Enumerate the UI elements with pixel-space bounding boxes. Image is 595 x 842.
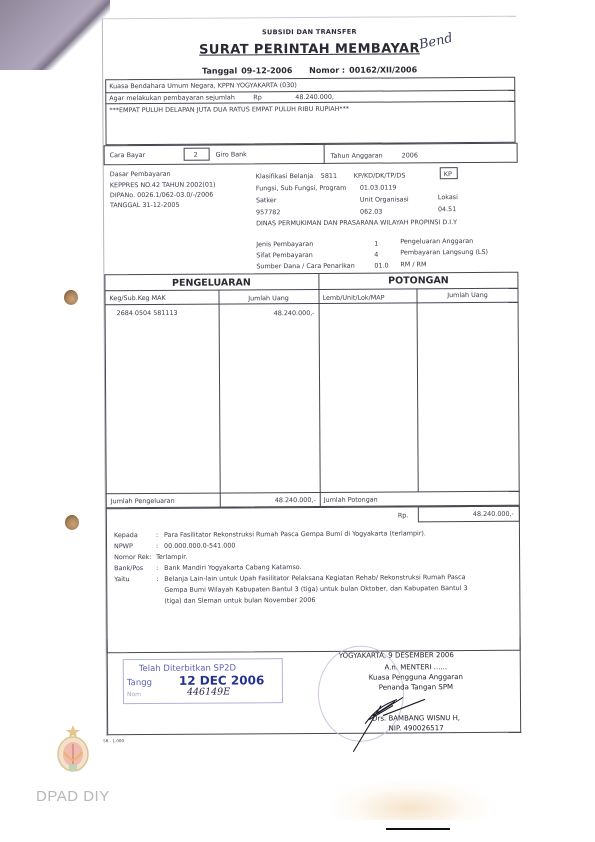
potongan-title: POTONGAN [318,275,518,287]
signature-line-2: Kuasa Pengguna Anggaran [339,673,493,682]
satker-label: Satker [256,196,277,204]
scan-corner-shadow [0,0,110,70]
lokasi-label: Lokasi [438,193,458,201]
expenditure-table [104,272,519,509]
number-label: Nomor : [309,66,345,75]
watermark-text: DPAD DIY [36,788,110,805]
fungsi-label: Fungsi, Sub Fungsi, Program [256,184,347,193]
punch-hole [65,515,79,530]
divider [324,144,325,164]
basis-label: Dasar Pembayaran [110,170,171,178]
bank-label: Bank/Pos [114,564,143,572]
currency-label: Rp [253,93,262,101]
document-title: SURAT PERINTAH MEMBAYAR [103,41,516,59]
sifat-desc: Pembayaran Langsung (LS) [400,248,488,257]
col-header-keg-mak: Keg/Sub.Keg MAK [109,294,165,302]
kp-value: KP [444,170,452,178]
jenis-desc: Pengeluaran Anggaran [400,237,473,245]
npwp-label: NPWP [114,542,133,550]
col-header-lemb-unit: Lemb/Unit/Lok/MAP [322,294,384,302]
belanja-value: 5811 [321,172,337,180]
col-header-jumlah-potongan: Jumlah Uang [416,291,518,300]
signature-place-date: YOGYAKARTA, 9 DESEMBER 2006 [339,651,454,660]
kp-label: KP/KD/DK/TP/DS [354,171,406,179]
kepada-label: Kepada [114,531,138,539]
paper-stain [330,780,490,820]
payment-method-row [104,143,518,166]
payment-amount: 48.240.000, [295,93,334,101]
lokasi-value: 04.51 [438,205,456,213]
document-date-number: Tanggal09-12-2006 Nomor :00162/XII/2006 [103,65,516,77]
header-subtitle: SUBSIDI DAN TRANSFER [103,27,516,38]
signature-line-1: A.n. MENTERI ...... [339,663,493,672]
fungsi-value: 01.03.0119 [360,183,397,191]
total-potongan-label: Jumlah Potongan [324,496,378,504]
satker-value: 957782 [256,208,280,216]
footer-code: 5R - 1.000 [103,738,124,743]
payment-instruction-label: Agar melakukan pembayaran sejumlah [109,93,235,102]
payment-method-code: 2 [194,151,198,159]
yaitu-line-3: (tiga) dan Sleman untuk bulan November 2… [164,596,315,605]
pengeluaran-title: PENGELUARAN [104,277,318,289]
basis-line-2: DIPANo. 0026.1/062-03.0/-/2006 [110,191,213,200]
agency-name: DINAS PERMUKIMAN DAN PRASARANA WILAYAH P… [256,218,457,227]
fiscal-year-label: Tahun Anggaran [331,152,383,160]
number-value: 00162/XII/2006 [349,65,417,74]
stamp-handwritten-number: 446149E [187,687,230,698]
spm-document: SUBSIDI DAN TRANSFER SURAT PERINTAH MEMB… [102,16,520,737]
basis-line-3: TANGGAL 31-12-2005 [110,201,180,209]
date-value: 09-12-2006 [241,66,292,75]
kepada-value: Para Fasilitator Rekonstruksi Rumah Pasc… [164,529,426,539]
fiscal-year-value: 2006 [402,151,418,159]
total-pengeluaran-value: 48.240.000,- [220,496,316,505]
sifat-code: 4 [374,251,378,259]
amount-in-words: ***EMPAT PULUH DELAPAN JUTA DUA RATUS EM… [109,105,349,114]
kppn-line: Kuasa Bendahara Umum Negara, KPPN YOGYAK… [109,81,297,90]
colon: : [156,531,158,539]
sifat-label: Sifat Pembayaran [256,251,313,259]
unit-label: Unit Organisasi [360,195,409,203]
stamp-line-1: Telah Diterbitkan SP2D [139,663,236,674]
row-code: 2684 0504 581113 [117,309,178,317]
col-header-jumlah-uang: Jumlah Uang [219,294,319,303]
payment-method-name: Giro Bank [216,150,247,158]
payment-method-label: Cara Bayar [110,151,146,159]
stamp-nomor-label: Nom [127,691,141,698]
sumber-code: 01.0 [374,262,388,270]
signatory-nip: NIP. 490026517 [339,724,493,733]
colon: : [156,542,158,550]
signatory-name: Drs. BAMBANG WISNU H, [339,714,493,723]
grand-total-value: 48.240.000,- [418,510,514,519]
jenis-code: 1 [374,240,378,248]
jenis-label: Jenis Pembayaran [256,240,313,248]
yaitu-label: Yaitu [114,575,129,583]
grand-total-label: Rp. [398,511,409,519]
sumber-desc: RM / RM [400,260,426,268]
rek-label: Nomor Rek: [114,553,151,561]
row-amount: 48.240.000,- [219,309,315,318]
unit-value: 062.03 [360,208,382,216]
date-label: Tanggal [202,66,237,75]
belanja-label: Klasifikasi Belanja [256,172,313,180]
dpad-diy-emblem-icon [52,724,94,776]
stamp-tanggal-label: Tangg [127,678,152,688]
total-pengeluaran-label: Jumlah Pengeluaran [111,497,175,505]
sumber-label: Sumber Dana / Cara Penarikan [256,262,354,271]
colon: : [156,575,158,583]
basis-line-1: KEPPRES NO.42 TAHUN 2002(01) [110,181,216,190]
npwp-value: 00.000.000.0-541.000 [164,541,235,549]
rek-value: Terlampir. [156,553,187,561]
scan-edge-mark [386,828,450,830]
bank-value: Bank Mandiri Yogyakarta Cabang Katamso. [164,563,301,572]
punch-hole [64,290,78,305]
colon: : [156,564,158,572]
